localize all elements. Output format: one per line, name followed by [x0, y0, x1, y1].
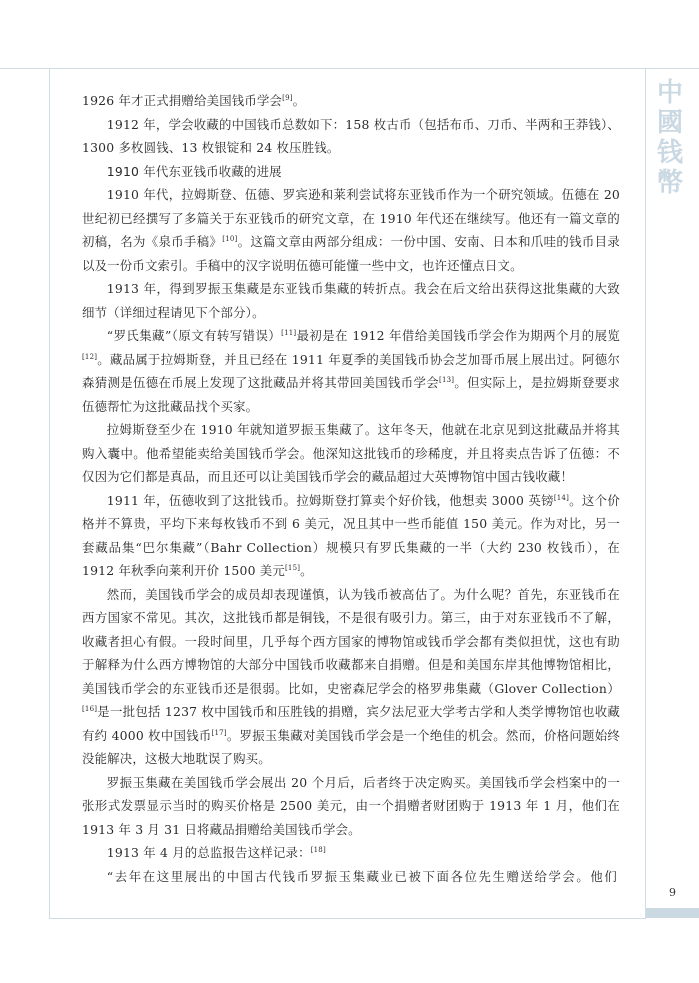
right-rule [645, 68, 646, 918]
top-rule [0, 68, 699, 69]
bottom-rule [49, 918, 646, 919]
side-title-char: 钱 [657, 138, 683, 168]
paragraph: 1913 年，得到罗振玉集藏是东亚钱币集藏的转折点。我会在后文给出获得这批集藏的… [82, 277, 620, 324]
footnote-ref[interactable]: [17] [212, 729, 227, 737]
paragraph: 拉姆斯登至少在 1910 年就知道罗振玉集藏了。这年冬天，他就在北京见到这批藏品… [82, 418, 620, 489]
page-content: 1926 年才正式捐赠给美国钱币学会[9]。 1912 年，学会收藏的中国钱币总… [82, 89, 620, 888]
side-title-char: 中 [657, 78, 683, 108]
footnote-ref[interactable]: [13] [439, 376, 454, 384]
footnote-ref[interactable]: [9] [282, 94, 293, 102]
paragraph: 1911 年，伍德收到了这批钱币。拉姆斯登打算卖个好价钱，他想卖 3000 英镑… [82, 489, 620, 583]
section-heading: 1910 年代东亚钱币收藏的进展 [82, 160, 620, 184]
footnote-ref[interactable]: [10] [222, 235, 237, 243]
paragraph: 罗振玉集藏在美国钱币学会展出 20 个月后，后者终于决定购买。美国钱币学会档案中… [82, 771, 620, 842]
block-quote: “去年在这里展出的中国古代钱币罗振玉集藏业已被下面各位先生赠送给学会。他们 [82, 865, 620, 889]
page-number: 9 [646, 886, 699, 899]
paragraph: 1913 年 4 月的总监报告这样记录：[18] [82, 841, 620, 865]
side-title-watermark: 中 國 钱 幣 [650, 78, 690, 198]
footnote-ref[interactable]: [12] [82, 353, 97, 361]
page-number-band [646, 908, 699, 918]
paragraph: 然而，美国钱币学会的成员却表现谨慎，认为钱币被高估了。为什么呢？首先，东亚钱币在… [82, 583, 620, 771]
paragraph: 1926 年才正式捐赠给美国钱币学会[9]。 [82, 89, 620, 113]
side-title-char: 國 [657, 108, 683, 138]
footnote-ref[interactable]: [14] [554, 494, 569, 502]
paragraph: “罗氏集藏”（原文有转写错误）[11]最初是在 1912 年借给美国钱币学会作为… [82, 324, 620, 418]
side-title-char: 幣 [657, 168, 683, 198]
left-rule [49, 68, 50, 918]
footnote-ref[interactable]: [18] [311, 846, 326, 854]
footnote-ref[interactable]: [15] [285, 564, 300, 572]
footnote-ref[interactable]: [11] [281, 329, 296, 337]
paragraph: 1910 年代，拉姆斯登、伍德、罗宾逊和莱利尝试将东亚钱币作为一个研究领域。伍德… [82, 183, 620, 277]
paragraph: 1912 年，学会收藏的中国钱币总数如下：158 枚古币（包括布币、刀币、半两和… [82, 113, 620, 160]
footnote-ref[interactable]: [16] [82, 705, 97, 713]
